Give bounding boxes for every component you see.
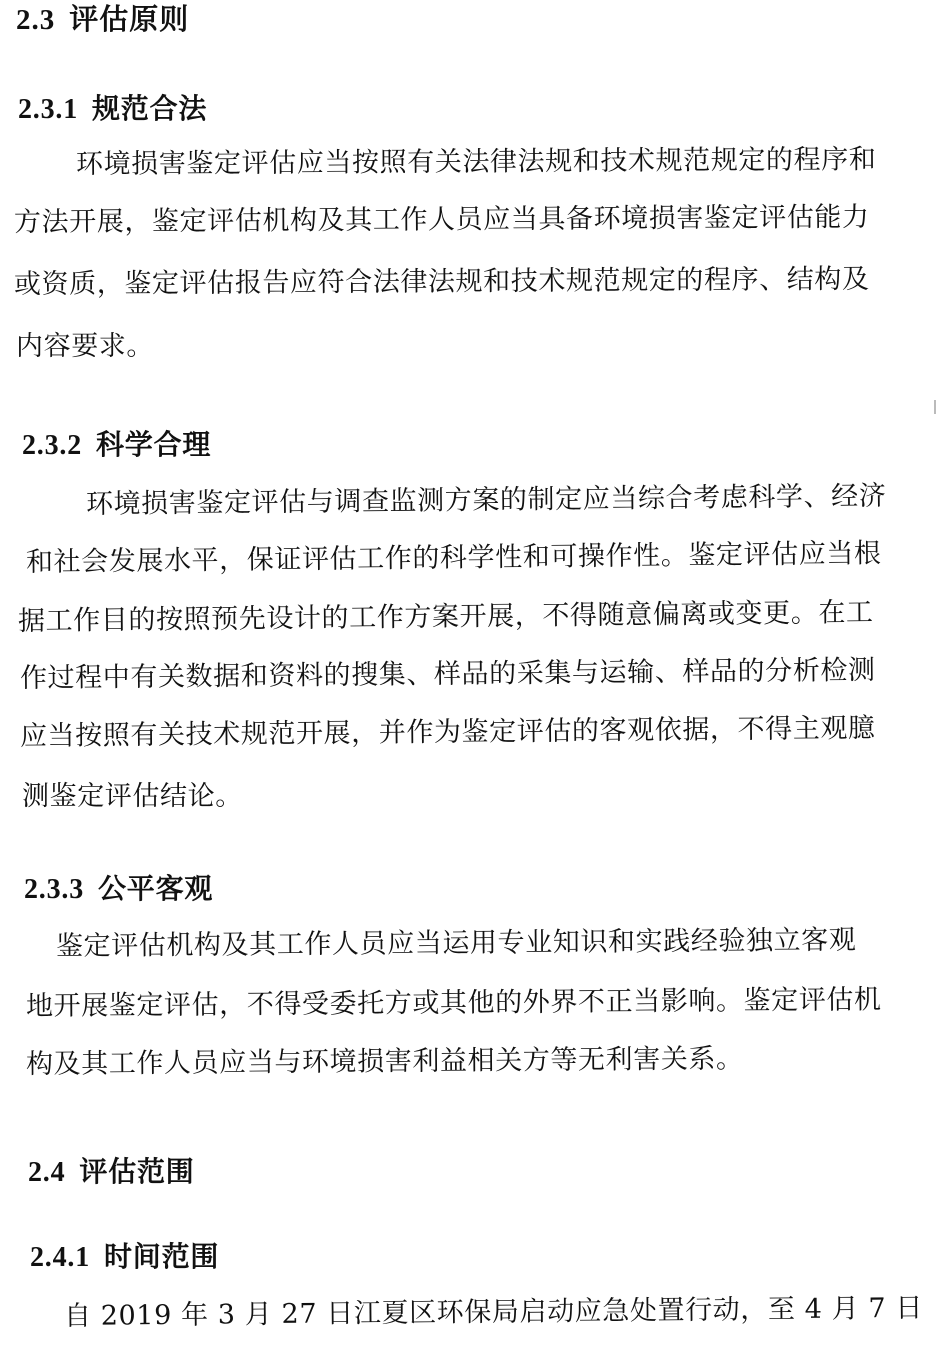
paragraph-line: 作过程中有关数据和资料的搜集、样品的采集与运输、样品的分析检测 [20,654,876,696]
section-title: 时间范围 [104,1240,219,1273]
paragraph-line: 环境损害鉴定评估与调查监测方案的制定应当综合考虑科学、经济 [86,480,887,522]
section-number: 2.3.1 [18,94,78,125]
paragraph-line: 方法开展，鉴定评估机构及其工作人员应当具备环境损害鉴定评估能力 [14,201,870,240]
section-heading-2-4: 2.4评估范围 [28,1155,195,1190]
section-number: 2.4 [28,1157,65,1188]
section-heading-2-3: 2.3评估原则 [16,2,189,37]
section-title: 科学合理 [96,428,211,461]
section-number: 2.4.1 [30,1242,90,1273]
section-number: 2.3.3 [24,874,84,905]
paragraph-line: 据工作目的按照预先设计的工作方案开展，不得随意偏离或变更。在工 [18,596,874,639]
paragraph-line: 鉴定评估机构及其工作人员应当运用专业知识和实践经验独立客观 [56,924,857,964]
section-heading-2-3-3: 2.3.3公平客观 [24,872,213,907]
section-title: 规范合法 [92,92,207,125]
scan-edge-mark [934,400,936,414]
section-title: 评估原则 [69,2,189,36]
section-title: 评估范围 [79,1155,194,1188]
section-heading-2-3-1: 2.3.1规范合法 [18,92,207,127]
paragraph-line: 测鉴定评估结论。 [22,780,243,814]
section-heading-2-4-1: 2.4.1时间范围 [30,1240,219,1275]
paragraph-line: 和社会发展水平，保证评估工作的科学性和可操作性。鉴定评估应当根 [26,537,882,580]
paragraph-line: 应当按照有关技术规范开展，并作为鉴定评估的客观依据，不得主观臆 [20,712,876,754]
paragraph-line: 地开展鉴定评估，不得受委托方或其他的外界不正当影响。鉴定评估机 [26,983,882,1024]
paragraph-line: 构及其工作人员应当与环境损害利益相关方等无利害关系。 [26,1042,744,1082]
section-heading-2-3-2: 2.3.2科学合理 [22,428,211,463]
scanned-document-page: 2.3评估原则 2.3.1规范合法 环境损害鉴定评估应当按照有关法律法规和技术规… [0,0,940,1359]
section-number: 2.3 [16,4,55,36]
paragraph-line: 环境损害鉴定评估应当按照有关法律法规和技术规范规定的程序和 [76,143,877,182]
paragraph-line: 内容要求。 [16,330,154,364]
section-number: 2.3.2 [22,430,82,461]
section-title: 公平客观 [98,872,213,905]
paragraph-line: 自 2019 年 3 月 27 日江夏区环保局启动应急处置行动，至 4 月 7 … [64,1292,923,1334]
paragraph-line: 或资质，鉴定评估报告应符合法律法规和技术规范规定的程序、结构及 [14,263,870,302]
